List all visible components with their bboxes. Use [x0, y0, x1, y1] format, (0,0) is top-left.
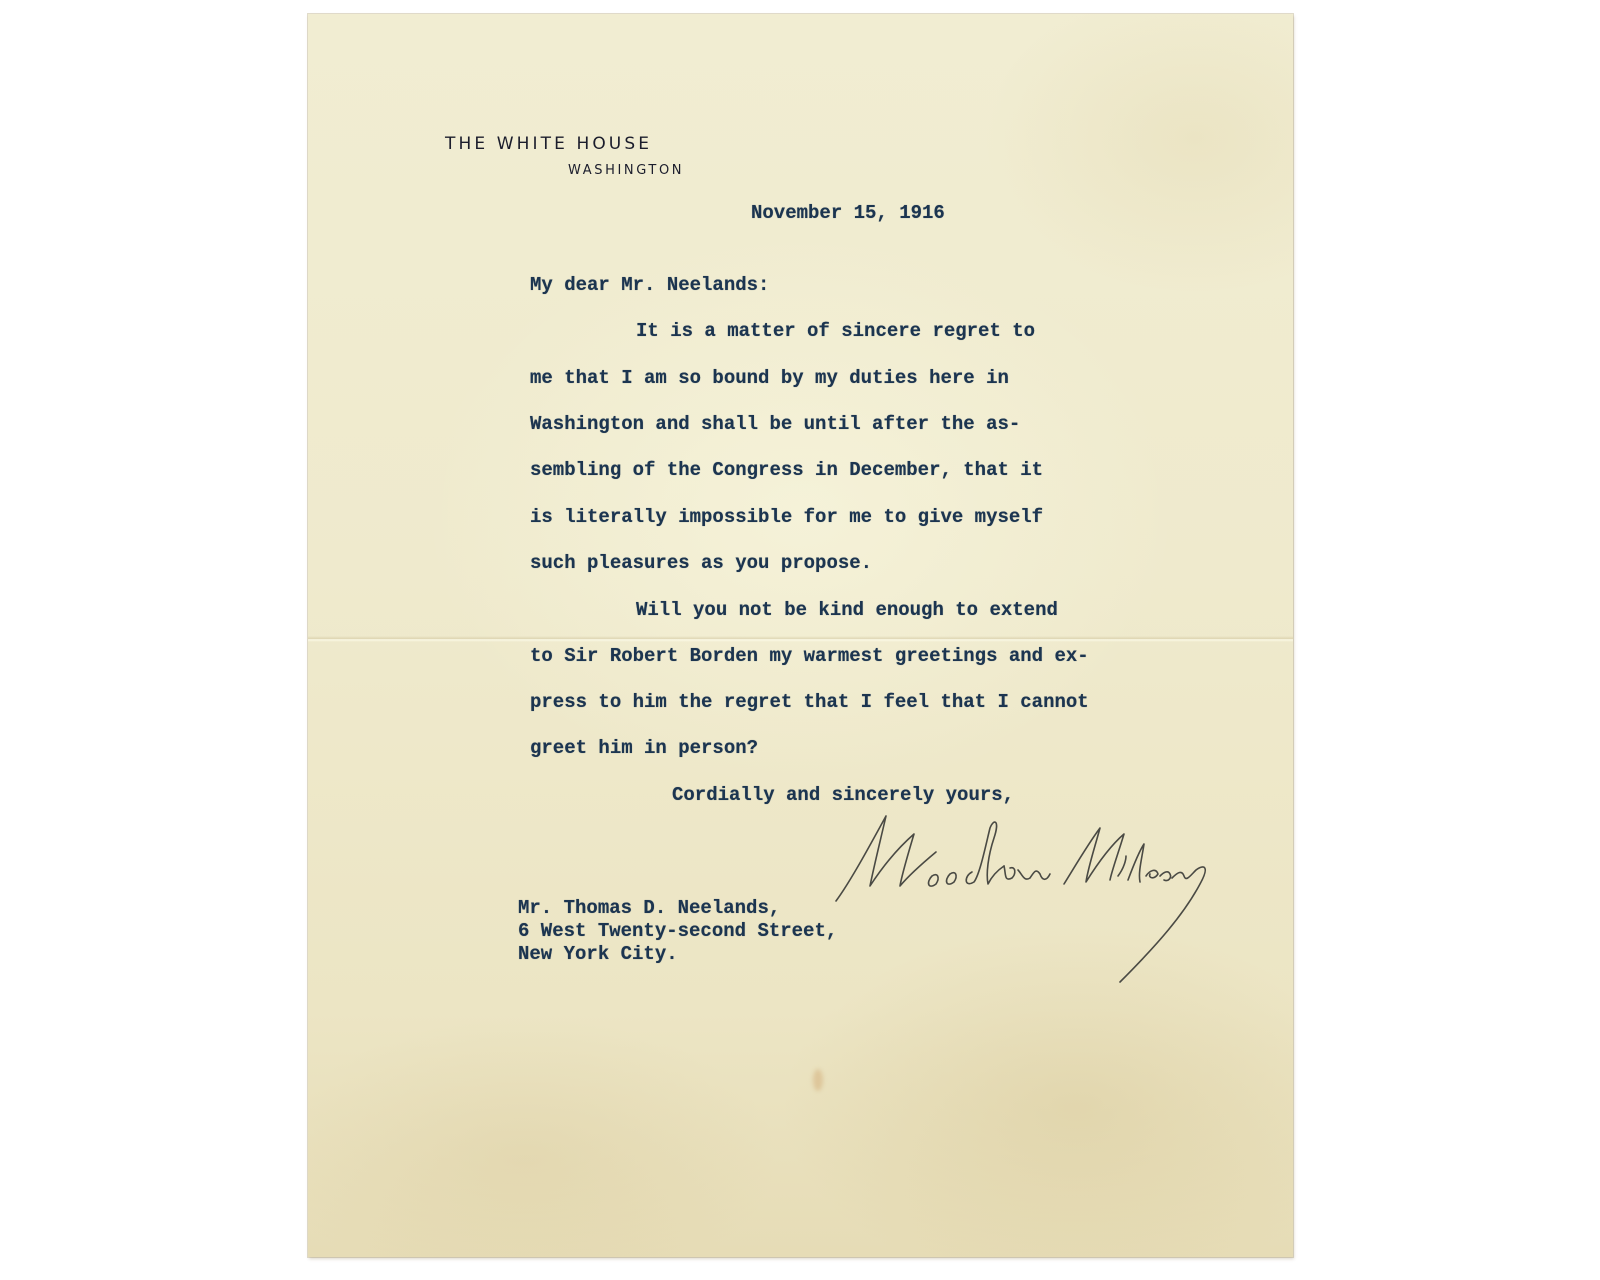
- closing: Cordially and sincerely yours,: [672, 784, 1014, 806]
- recipient-name: Mr. Thomas D. Neelands,: [518, 897, 780, 919]
- paper-stain: [813, 1069, 823, 1091]
- paper-fold-crease: [308, 636, 1293, 642]
- body-line: such pleasures as you propose.: [530, 552, 872, 574]
- recipient-street: 6 West Twenty-second Street,: [518, 920, 837, 942]
- body-line: It is a matter of sincere regret to: [636, 320, 1035, 342]
- body-line: me that I am so bound by my duties here …: [530, 367, 1009, 389]
- body-line: greet him in person?: [530, 737, 758, 759]
- recipient-city: New York City.: [518, 943, 678, 965]
- letter-sheet: THE WHITE HOUSE WASHINGTON November 15, …: [308, 14, 1293, 1257]
- letter-date: November 15, 1916: [751, 202, 945, 224]
- signature-woodrow-wilson: Woodrow Wilson: [828, 804, 1208, 994]
- body-line: is literally impossible for me to give m…: [530, 506, 1043, 528]
- body-line: to Sir Robert Borden my warmest greeting…: [530, 645, 1089, 667]
- body-line: Washington and shall be until after the …: [530, 413, 1020, 435]
- letterhead-title: THE WHITE HOUSE: [445, 134, 652, 154]
- body-line: press to him the regret that I feel that…: [530, 691, 1089, 713]
- letterhead-subtitle: WASHINGTON: [568, 163, 684, 178]
- image-canvas: THE WHITE HOUSE WASHINGTON November 15, …: [0, 0, 1600, 1280]
- body-line: sembling of the Congress in December, th…: [530, 459, 1043, 481]
- body-line: Will you not be kind enough to extend: [636, 599, 1058, 621]
- salutation: My dear Mr. Neelands:: [530, 274, 769, 296]
